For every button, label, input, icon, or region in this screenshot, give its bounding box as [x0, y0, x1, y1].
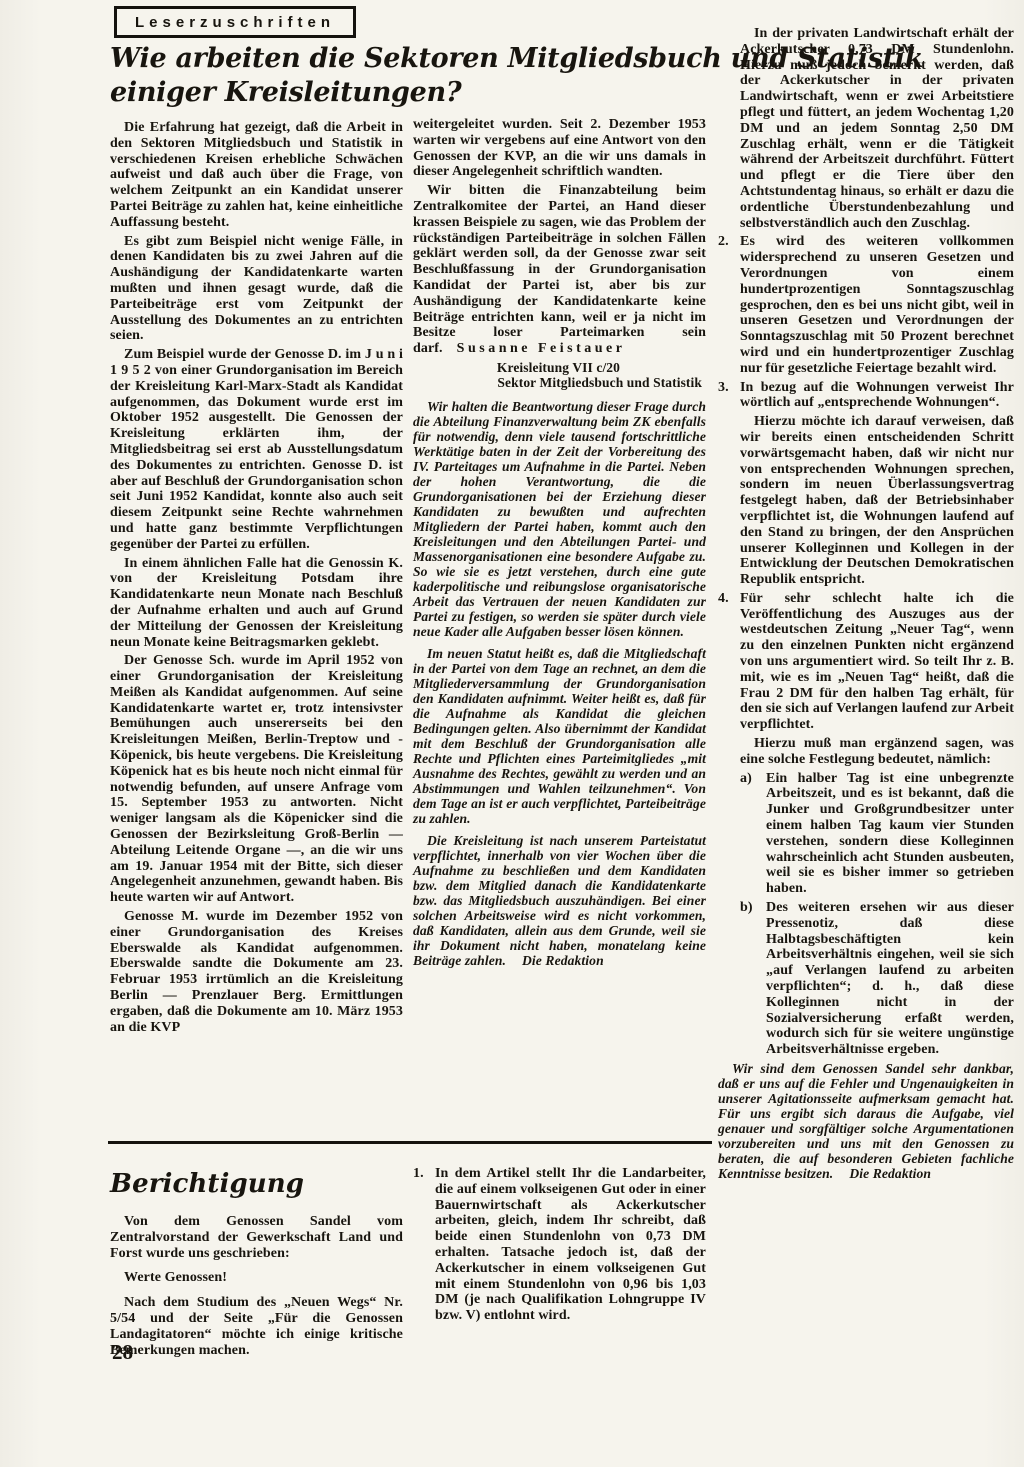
paragraph-with-signature: Wir bitten die Finanzabteilung beim Zent…	[413, 183, 706, 357]
numbered-item: 2. Es wird des weiteren vollkommen wider…	[718, 234, 1014, 376]
paragraph: Im neuen Statut heißt es, daß die Mitgli…	[413, 646, 706, 826]
paragraph: Es gibt zum Beispiel nicht wenige Fälle,…	[110, 234, 403, 345]
column-right: In der privaten Landwirtschaft erhält de…	[718, 26, 1014, 1184]
paragraph: In einem ähnlichen Falle hat die Genossi…	[110, 556, 403, 651]
paragraph: weitergeleitet wurden. Seit 2. Dezember …	[413, 117, 706, 180]
editorial-signature: Die Redaktion	[506, 953, 604, 968]
column-middle: weitergeleitet wurden. Seit 2. Dezember …	[413, 117, 706, 975]
numbered-item: 4. Für sehr schlecht halte ich die Veröf…	[718, 591, 1014, 733]
paragraph-with-signature: Die Kreisleitung ist nach unserem Partei…	[413, 833, 706, 968]
subitem-text: Ein halber Tag ist eine unbegrenzte Arbe…	[766, 771, 1014, 897]
numbered-item: 1. In dem Artikel stellt Ihr die Landarb…	[413, 1166, 706, 1324]
paragraph: Genosse M. wurde im Dezember 1952 von ei…	[110, 909, 403, 1035]
section-divider-rule	[108, 1141, 712, 1144]
lettered-subitem: b) Des weiteren ersehen wir aus dieser P…	[718, 900, 1014, 1058]
editorial-signature: Die Redaktion	[833, 1166, 931, 1181]
paragraph: Wir halten die Beantwortung dieser Frage…	[413, 399, 706, 639]
paragraph: Der Genosse Sch. wurde im April 1952 von…	[110, 653, 403, 906]
column-left: Die Erfahrung hat gezeigt, daß die Arbei…	[110, 120, 403, 1038]
lettered-subitem: a) Ein halber Tag ist eine unbegrenzte A…	[718, 771, 1014, 897]
item-number: 1.	[413, 1166, 435, 1324]
rubric-box: Leserzuschriften	[114, 6, 356, 38]
subitem-text: Des weiteren ersehen wir aus dieser Pres…	[766, 900, 1014, 1058]
signature-affiliation-line1: Kreisleitung VII c/20	[413, 360, 706, 376]
signature-affiliation-line2: Sektor Mitgliedsbuch und Statistik	[413, 375, 706, 391]
editorial-reply: Wir halten die Beantwortung dieser Frage…	[413, 399, 706, 968]
berichtigung-item-1: 1. In dem Artikel stellt Ihr die Landarb…	[413, 1166, 706, 1327]
item-text: Für sehr schlecht halte ich die Veröffen…	[740, 591, 1014, 733]
item-number: 2.	[718, 234, 740, 376]
paragraph-text: Wir bitten die Finanzabteilung beim Zent…	[413, 183, 706, 356]
item-text: In dem Artikel stellt Ihr die Landarbeit…	[435, 1166, 706, 1324]
paragraph: Zum Beispiel wurde der Genosse D. im J u…	[110, 347, 403, 552]
paragraph: Hierzu möchte ich darauf verweisen, daß …	[718, 414, 1014, 588]
subitem-letter: a)	[740, 771, 766, 897]
paragraph-text: Wir sind dem Genossen Sandel sehr dankba…	[718, 1061, 1014, 1181]
item-number: 3.	[718, 380, 740, 412]
paragraph-text: Die Kreisleitung ist nach unserem Partei…	[413, 833, 706, 968]
item-text: In bezug auf die Wohnungen verweist Ihr …	[740, 380, 1014, 412]
berichtigung-heading: Berichtigung	[110, 1170, 403, 1198]
paragraph: Von dem Genossen Sandel vom Zentralvorst…	[110, 1214, 403, 1261]
paragraph: Hierzu muß man ergänzend sagen, was eine…	[718, 736, 1014, 768]
closing-paragraph-with-signature: Wir sind dem Genossen Sandel sehr dankba…	[718, 1061, 1014, 1181]
item-text: Es wird des weiteren vollkommen widerspr…	[740, 234, 1014, 376]
berichtigung-section: Berichtigung Von dem Genossen Sandel vom…	[110, 1170, 403, 1367]
page-number: 28	[112, 1340, 133, 1365]
salutation: Werte Genossen!	[110, 1270, 403, 1286]
item-number: 4.	[718, 591, 740, 733]
paragraph: In der privaten Landwirtschaft erhält de…	[718, 26, 1014, 231]
subitem-letter: b)	[740, 900, 766, 1058]
magazine-page: Leserzuschriften Wie arbeiten die Sektor…	[0, 0, 1024, 1467]
author-signature: Susanne Feistauer	[443, 341, 626, 356]
paragraph: Nach dem Studium des „Neuen Wegs“ Nr. 5/…	[110, 1295, 403, 1358]
rubric-label: Leserzuschriften	[135, 14, 335, 31]
paragraph: Die Erfahrung hat gezeigt, daß die Arbei…	[110, 120, 403, 231]
numbered-item: 3. In bezug auf die Wohnungen verweist I…	[718, 380, 1014, 412]
